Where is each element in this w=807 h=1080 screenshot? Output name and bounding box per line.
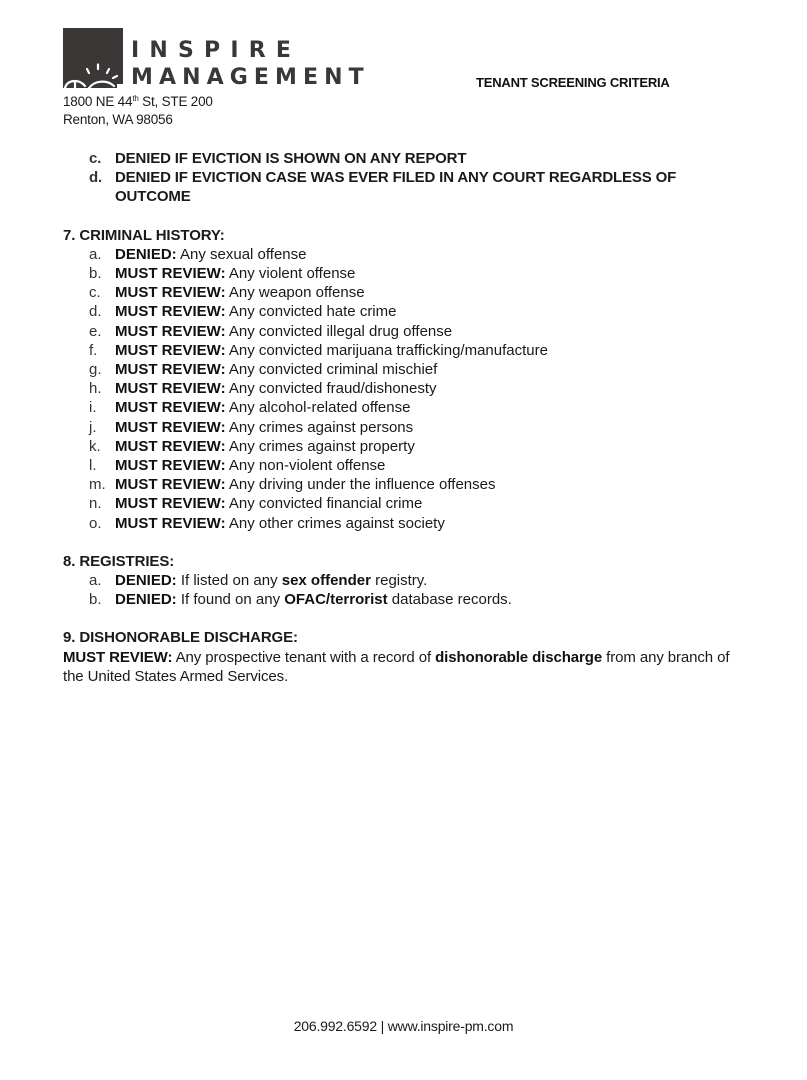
status-label: DENIED: bbox=[115, 572, 177, 589]
list-item: k.MUST REVIEW: Any crimes against proper… bbox=[63, 437, 743, 456]
list-item-text: Any convicted fraud/dishonesty bbox=[226, 380, 437, 397]
status-label: MUST REVIEW: bbox=[115, 419, 226, 436]
status-label: MUST REVIEW: bbox=[115, 323, 226, 340]
list-item: a.DENIED: Any sexual offense bbox=[63, 245, 743, 264]
list-marker: c. bbox=[89, 149, 101, 168]
list-item-text: Any crimes against persons bbox=[226, 419, 414, 436]
emphasis-text: dishonorable discharge bbox=[435, 649, 602, 666]
list-marker: j. bbox=[89, 418, 97, 437]
company-logo bbox=[63, 28, 123, 88]
document-body: c. DENIED IF EVICTION IS SHOWN ON ANY RE… bbox=[63, 149, 743, 686]
list-item-text: DENIED IF EVICTION IS SHOWN ON ANY REPOR… bbox=[115, 150, 466, 167]
address-line-2: Renton, WA 98056 bbox=[63, 111, 213, 129]
status-label: MUST REVIEW: bbox=[115, 361, 226, 378]
brand-name-line1: INSPIRE bbox=[131, 40, 301, 62]
section-title: 7. CRIMINAL HISTORY: bbox=[63, 226, 743, 245]
list-item-text: database records. bbox=[388, 591, 512, 608]
list-marker: o. bbox=[89, 514, 102, 533]
list-item-text: Any driving under the influence offenses bbox=[226, 476, 496, 493]
status-label: MUST REVIEW: bbox=[115, 515, 226, 532]
list-item-text: Any convicted hate crime bbox=[226, 303, 397, 320]
list-item-text: Any crimes against property bbox=[226, 438, 415, 455]
list-marker: n. bbox=[89, 494, 102, 513]
section-registries: 8. REGISTRIES: a.DENIED: If listed on an… bbox=[63, 552, 743, 610]
registries-list: a.DENIED: If listed on any sex offender … bbox=[63, 571, 743, 609]
list-item: i.MUST REVIEW: Any alcohol-related offen… bbox=[63, 398, 743, 417]
section-title: 8. REGISTRIES: bbox=[63, 552, 743, 571]
list-item-text: Any convicted financial crime bbox=[226, 495, 423, 512]
list-item-text: If found on any bbox=[177, 591, 285, 608]
status-label: MUST REVIEW: bbox=[115, 476, 226, 493]
section-dishonorable-discharge: 9. DISHONORABLE DISCHARGE: MUST REVIEW: … bbox=[63, 628, 743, 686]
document-title: TENANT SCREENING CRITERIA bbox=[476, 75, 670, 90]
list-item: c.MUST REVIEW: Any weapon offense bbox=[63, 283, 743, 302]
section-title: 9. DISHONORABLE DISCHARGE: bbox=[63, 628, 743, 647]
list-item-text: Any other crimes against society bbox=[226, 515, 445, 532]
section-paragraph: MUST REVIEW: Any prospective tenant with… bbox=[63, 648, 743, 686]
list-item-text: If listed on any bbox=[177, 572, 282, 589]
company-address: 1800 NE 44th St, STE 200 Renton, WA 9805… bbox=[63, 93, 213, 129]
list-marker: c. bbox=[89, 283, 101, 302]
list-item: o.MUST REVIEW: Any other crimes against … bbox=[63, 514, 743, 533]
list-marker: d. bbox=[89, 302, 102, 321]
list-marker: i. bbox=[89, 398, 97, 417]
status-label: MUST REVIEW: bbox=[115, 457, 226, 474]
list-item: h.MUST REVIEW: Any convicted fraud/disho… bbox=[63, 379, 743, 398]
list-marker: e. bbox=[89, 322, 102, 341]
status-label: MUST REVIEW: bbox=[115, 495, 226, 512]
list-marker: m. bbox=[89, 475, 106, 494]
list-item: j.MUST REVIEW: Any crimes against person… bbox=[63, 418, 743, 437]
list-item: n.MUST REVIEW: Any convicted financial c… bbox=[63, 494, 743, 513]
list-item-text: registry. bbox=[371, 572, 427, 589]
list-item: e.MUST REVIEW: Any convicted illegal dru… bbox=[63, 322, 743, 341]
list-marker: l. bbox=[89, 456, 97, 475]
status-label: DENIED: bbox=[115, 591, 177, 608]
list-item-text: Any sexual offense bbox=[177, 246, 307, 263]
emphasis-text: OFAC/terrorist bbox=[284, 591, 387, 608]
review-label: MUST REVIEW: bbox=[63, 649, 172, 666]
list-marker: a. bbox=[89, 245, 102, 264]
list-item: d. DENIED IF EVICTION CASE WAS EVER FILE… bbox=[63, 168, 743, 206]
brand-name-line2: MANAGEMENT bbox=[131, 67, 370, 89]
section-criminal-history: 7. CRIMINAL HISTORY: a.DENIED: Any sexua… bbox=[63, 226, 743, 533]
criminal-history-list: a.DENIED: Any sexual offenseb.MUST REVIE… bbox=[63, 245, 743, 533]
list-item: g.MUST REVIEW: Any convicted criminal mi… bbox=[63, 360, 743, 379]
list-item-text: Any convicted illegal drug offense bbox=[226, 323, 453, 340]
list-item: c. DENIED IF EVICTION IS SHOWN ON ANY RE… bbox=[63, 149, 743, 168]
list-item: m.MUST REVIEW: Any driving under the inf… bbox=[63, 475, 743, 494]
address-line-1: 1800 NE 44th St, STE 200 bbox=[63, 93, 213, 111]
list-item-text: Any convicted criminal mischief bbox=[226, 361, 438, 378]
list-marker: b. bbox=[89, 264, 102, 283]
status-label: MUST REVIEW: bbox=[115, 265, 226, 282]
eviction-list-continued: c. DENIED IF EVICTION IS SHOWN ON ANY RE… bbox=[63, 149, 743, 207]
status-label: MUST REVIEW: bbox=[115, 342, 226, 359]
list-item-text: Any non-violent offense bbox=[226, 457, 386, 474]
list-marker: k. bbox=[89, 437, 101, 456]
address-street-suffix: St, STE 200 bbox=[139, 94, 213, 109]
address-street-number: 1800 NE 44 bbox=[63, 94, 132, 109]
list-item: b.MUST REVIEW: Any violent offense bbox=[63, 264, 743, 283]
list-item-text: Any alcohol-related offense bbox=[226, 399, 411, 416]
status-label: MUST REVIEW: bbox=[115, 303, 226, 320]
sunrise-icon bbox=[63, 28, 123, 88]
list-item: d.MUST REVIEW: Any convicted hate crime bbox=[63, 302, 743, 321]
list-item: b.DENIED: If found on any OFAC/terrorist… bbox=[63, 590, 743, 609]
list-item-text: DENIED IF EVICTION CASE WAS EVER FILED I… bbox=[115, 169, 676, 205]
paragraph-text: Any prospective tenant with a record of bbox=[172, 649, 435, 666]
status-label: MUST REVIEW: bbox=[115, 284, 226, 301]
list-marker: b. bbox=[89, 590, 102, 609]
list-item: a.DENIED: If listed on any sex offender … bbox=[63, 571, 743, 590]
list-marker: d. bbox=[89, 168, 102, 187]
list-item-text: Any convicted marijuana trafficking/manu… bbox=[226, 342, 548, 359]
list-item-text: Any violent offense bbox=[226, 265, 356, 282]
list-marker: h. bbox=[89, 379, 102, 398]
status-label: MUST REVIEW: bbox=[115, 380, 226, 397]
list-marker: g. bbox=[89, 360, 102, 379]
list-marker: f. bbox=[89, 341, 97, 360]
list-item: f.MUST REVIEW: Any convicted marijuana t… bbox=[63, 341, 743, 360]
list-item: l.MUST REVIEW: Any non-violent offense bbox=[63, 456, 743, 475]
status-label: MUST REVIEW: bbox=[115, 438, 226, 455]
status-label: MUST REVIEW: bbox=[115, 399, 226, 416]
list-marker: a. bbox=[89, 571, 102, 590]
emphasis-text: sex offender bbox=[282, 572, 371, 589]
list-item-text: Any weapon offense bbox=[226, 284, 365, 301]
status-label: DENIED: bbox=[115, 246, 177, 263]
footer-contact: 206.992.6592 | www.inspire-pm.com bbox=[0, 1018, 807, 1034]
